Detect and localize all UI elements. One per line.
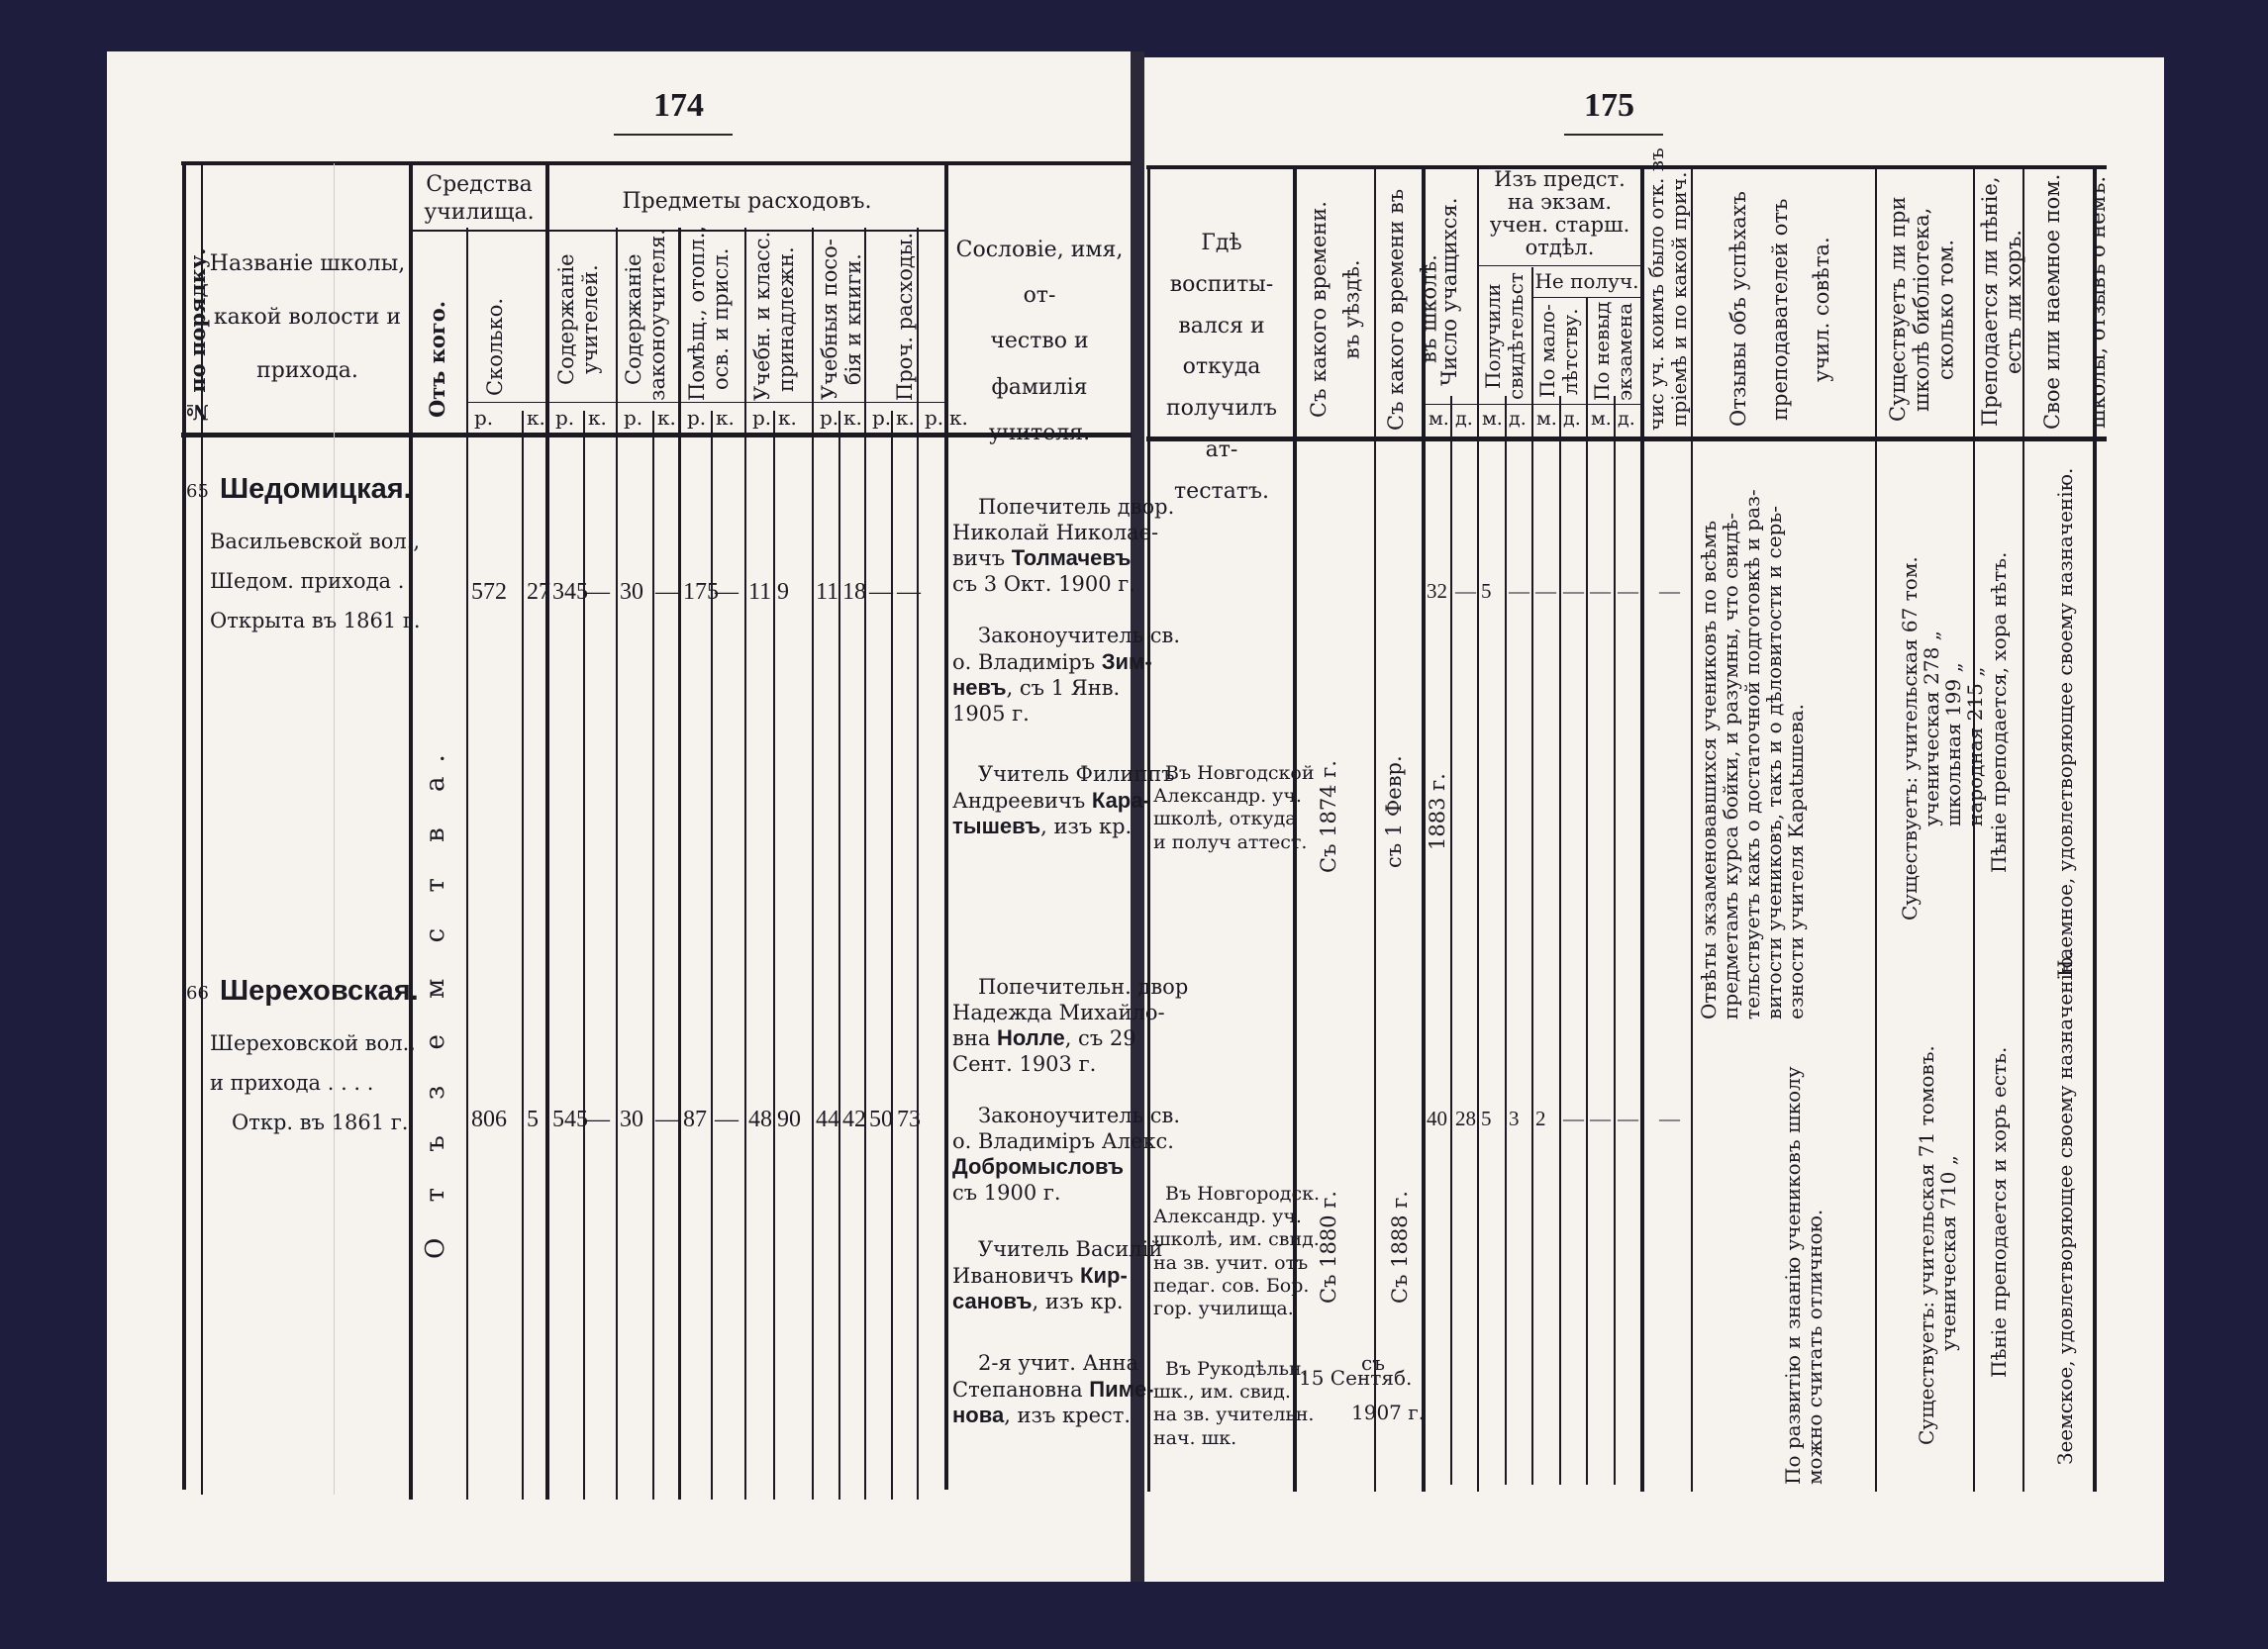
staff-line: Попечитель двор.	[952, 495, 1174, 521]
students-fail_d: —	[1618, 1107, 1638, 1131]
male-label: м.	[1591, 408, 1612, 431]
singing-info: Пѣніе преподается и хоръ есть.	[1988, 980, 2011, 1445]
staff-entry: Попечитель двор.Николай Николае-вичъ Тол…	[952, 495, 1174, 598]
review-line: езности учителя Карatышева.	[1785, 465, 1807, 1019]
education-line: нач. шк.	[1153, 1427, 1314, 1450]
school-detail-line: Открыта въ 1861 г.	[210, 602, 421, 641]
page-number-underline-right	[1564, 134, 1663, 136]
expense-aids-rub: 44	[816, 1107, 839, 1133]
female-label: д.	[1455, 408, 1473, 431]
header-library: Существуетъ ли пришколѣ библіотека,сколь…	[1886, 188, 1957, 431]
teacher-review: Отвѣты экзаменовавшихся учениковъ по всѣ…	[1698, 465, 1807, 1019]
education-line: Въ Новгородск.	[1153, 1183, 1320, 1206]
premises-info: Зеемское, удовлетворяющее своему назначе…	[2054, 921, 2077, 1495]
education-line: Въ Новгодской	[1153, 762, 1315, 785]
school-name: Шереховская.	[220, 975, 419, 1008]
review-line: витости учениковъ, такъ и о дѣловитости …	[1763, 465, 1785, 1019]
education-entry: Въ НовгодскойАлександр. уч.школѣ, откуда…	[1153, 762, 1315, 854]
students-cert_d: —	[1509, 579, 1529, 604]
education-line: Александр. уч.	[1153, 785, 1315, 808]
expense-aids-kop: 42	[842, 1107, 866, 1133]
kop-label: к.	[588, 406, 607, 430]
since-school: Съ 1888 г.	[1388, 1183, 1412, 1311]
review-line: тельствуетъ какъ о достаточной подготовк…	[1741, 465, 1763, 1019]
header-exam-group: Изъ предст.на экзам.учен. старш.отдѣл.	[1479, 168, 1640, 259]
expense-textbooks-kop: 90	[777, 1107, 801, 1133]
education-entry: Въ Новгородск.Александр. уч.школѣ, им. с…	[1153, 1183, 1320, 1320]
header-not-received: Не получ.	[1533, 269, 1640, 294]
since-district-2: 15 Сентяб.	[1299, 1366, 1412, 1390]
funds-kop: 27	[527, 579, 550, 606]
header-exp-premises: Помѣщ., отопл.,осв. и присл.	[685, 238, 733, 401]
staff-line: Законоучитель св.	[952, 624, 1180, 649]
expense-textbooks-rub: 11	[748, 579, 771, 606]
library-line: Существуетъ: учительская 71 томовъ.	[1916, 980, 1937, 1445]
kop-label: к.	[657, 406, 676, 430]
page-number-underline-left	[614, 134, 733, 136]
header-exp-aids: Учебныя посо-бія и книги.	[818, 238, 865, 401]
header-funds: Средстваучилища.	[413, 171, 545, 226]
header-expenses: Предметы расходовъ.	[549, 188, 944, 216]
students-age_d: —	[1563, 579, 1584, 604]
header-exp-other: Проч. расходы.	[893, 238, 917, 401]
header-singing: Преподается ли пѣніе,есть ли хоръ.	[1978, 173, 2025, 431]
education-line: шк., им. свид.	[1153, 1381, 1314, 1404]
rub-label: р.	[474, 406, 493, 430]
since-district: Съ 1880 г.	[1317, 1183, 1340, 1311]
students-cert_d: 3	[1509, 1107, 1520, 1131]
header-teacher-info: Сословіе, имя, от-чество и фамиліяучител…	[948, 228, 1131, 456]
expense-premises-kop: —	[715, 1107, 739, 1133]
staff-line: о. Владиміръ Зим-	[952, 649, 1180, 676]
refused-count: —	[1659, 579, 1680, 604]
school-name: Шедомицкая.	[220, 473, 412, 506]
library-line: школьная 199 „	[1942, 465, 1964, 921]
teacher-review: По развитію и знанію учениковъ школуможн…	[1782, 970, 1825, 1485]
education-line: школѣ, откуда	[1153, 808, 1315, 830]
education-line: гор. училища.	[1153, 1298, 1320, 1320]
header-exp-law-teacher: Содержаніезаконоучителя.	[622, 238, 669, 401]
expense-other-rub: —	[869, 579, 893, 606]
school-details: Шереховской вол.,и прихода . . . .Откр. …	[210, 1024, 416, 1143]
row-number: 66	[186, 983, 209, 1004]
education-line: на зв. учительн.	[1153, 1404, 1314, 1426]
staff-line: вичъ Толмачевъ	[952, 545, 1174, 572]
school-detail-line: Васильевской вол.,	[210, 523, 421, 562]
funds-rub: 572	[471, 579, 507, 606]
library-info: Существуетъ: учительская 71 томовъ.учени…	[1916, 980, 1959, 1445]
male-label: м.	[1429, 408, 1449, 431]
kop-label: к.	[716, 406, 735, 430]
expense-textbooks-kop: 9	[777, 579, 789, 606]
staff-entry: Учитель ФилиппъАндреевичъ Кара-тышевъ, и…	[952, 762, 1175, 840]
expense-law_teacher-kop: —	[655, 579, 679, 606]
rub-label: р.	[687, 406, 706, 430]
students-cert_m: 5	[1481, 579, 1492, 604]
rub-label: р.	[555, 406, 574, 430]
singing-info: Пѣніе преподается, хора нѣтъ.	[1988, 475, 2011, 950]
header-exp-textbooks: Учебн. и класс.принадлежн.	[750, 238, 798, 401]
students-fail_m: —	[1590, 579, 1611, 604]
rub-label: р.	[624, 406, 642, 430]
students-d: 28	[1455, 1107, 1476, 1131]
rub-label: р.	[925, 406, 943, 430]
staff-line: Попечительн. двор	[952, 975, 1188, 1001]
header-school-name: Названіе школы,какой волости иприхода.	[206, 238, 409, 398]
kop-label: к.	[527, 406, 545, 430]
staff-line: вна Нолле, съ 29	[952, 1025, 1188, 1052]
staff-line: съ 1900 г.	[952, 1181, 1180, 1207]
library-info: Существуетъ: учительская 67 том.ученичес…	[1899, 465, 1986, 921]
education-line: Александр. уч.	[1153, 1206, 1320, 1228]
header-education: Гдѣ воспиты-вался и откудаполучилъ ат-те…	[1150, 223, 1293, 513]
staff-line: невъ, съ 1 Янв.	[952, 675, 1180, 702]
staff-line: нова, изъ крест.	[952, 1403, 1153, 1429]
students-age_m: 2	[1535, 1107, 1546, 1131]
school-detail-line: Шереховской вол.,	[210, 1024, 416, 1064]
header-since-district: Съ какого времени.въ уѣздѣ.	[1303, 188, 1369, 431]
female-label: д.	[1563, 408, 1581, 431]
staff-line: Андреевичъ Кара-	[952, 788, 1175, 815]
school-details: Васильевской вол.,Шедом. прихода .Открыт…	[210, 523, 421, 641]
expense-other-kop: —	[897, 579, 921, 606]
expense-law_teacher-rub: 30	[620, 1107, 643, 1133]
expense-aids-rub: 11	[816, 579, 838, 606]
premises-info: Наемное, удовлетворяющее своему назначен…	[2054, 465, 2077, 980]
header-refused: чис уч. коимъ было отк. въпріемѣ и по ка…	[1645, 168, 1691, 431]
staff-entry: Законоучитель св.о. Владиміръ Зим-невъ, …	[952, 624, 1180, 727]
education-line: Въ Рукодѣльн.	[1153, 1358, 1314, 1381]
review-line: предметамъ курса бойки, и разумны, что с…	[1720, 465, 1741, 1019]
since-district: Съ 1874 г.	[1317, 752, 1340, 881]
library-line: народная 215 „	[1964, 465, 1986, 921]
funds-rub: 806	[471, 1107, 507, 1133]
header-students-count: Число учащихся.	[1437, 188, 1461, 396]
rub-label: р.	[872, 406, 891, 430]
since-school: съ 1 Февр.1883 г.	[1382, 732, 1449, 891]
header-by-fail: По невыдэкзамена	[1591, 302, 1636, 401]
expense-teachers-kop: —	[586, 1107, 610, 1133]
male-label: м.	[1536, 408, 1557, 431]
staff-line: 1905 г.	[952, 702, 1180, 727]
kop-label: к.	[778, 406, 797, 430]
library-line: ученическая 710 „	[1937, 980, 1959, 1445]
students-age_m: —	[1535, 579, 1556, 604]
school-detail-line: Откр. въ 1861 г.	[210, 1104, 416, 1143]
rub-label: р.	[752, 406, 771, 430]
since-school-3: 1907 г.	[1351, 1401, 1425, 1424]
header-by-age: По мало-лѣтству.	[1536, 302, 1582, 401]
funds-source-zemstvo: О т ъ з е м с т в а.	[422, 534, 451, 1465]
expense-premises-rub: 175	[683, 579, 719, 606]
header-funds-amount: Сколько.	[483, 297, 507, 396]
staff-line: Законоучитель св.	[952, 1104, 1180, 1129]
review-line: По развитію и знанію учениковъ школу	[1782, 970, 1804, 1485]
school-detail-line: Шедом. прихода .	[210, 562, 421, 602]
education-line: на зв. учит. отъ	[1153, 1252, 1320, 1275]
staff-line: сановъ, изъ кр.	[952, 1289, 1162, 1315]
staff-line: Николай Николае-	[952, 521, 1174, 546]
male-label: м.	[1482, 408, 1503, 431]
staff-line: Учитель Василій	[952, 1237, 1162, 1263]
expense-other-rub: 50	[869, 1107, 893, 1133]
staff-entry: Учитель ВасилійИвановичъ Кир-сановъ, изъ…	[952, 1237, 1162, 1315]
funds-kop: 5	[527, 1107, 539, 1133]
header-reviews: Отзывы объ успѣхахъпреподавателей отъучи…	[1718, 188, 1842, 431]
staff-line: Надежда Михайло-	[952, 1001, 1188, 1026]
expense-teachers-rub: 545	[552, 1107, 588, 1133]
review-line: можно считать отличною.	[1804, 970, 1825, 1485]
staff-line: тышевъ, изъ кр.	[952, 814, 1175, 840]
row-number: 65	[186, 481, 209, 502]
staff-line: Учитель Филиппъ	[952, 762, 1175, 788]
students-m: 32	[1427, 579, 1447, 604]
staff-entry: 2-я учит. АннаСтепановна Пиме-нова, изъ …	[952, 1351, 1153, 1429]
education-entry: Въ Рукодѣльн.шк., им. свид.на зв. учител…	[1153, 1358, 1314, 1450]
since-school-line: съ 1 Февр.	[1382, 732, 1406, 891]
since-school-2: съ	[1361, 1351, 1385, 1375]
staff-line: Добромысловъ	[952, 1154, 1180, 1181]
staff-line: Сент. 1903 г.	[952, 1052, 1188, 1078]
students-fail_m: —	[1590, 1107, 1611, 1131]
expense-teachers-kop: —	[586, 579, 610, 606]
staff-line: 2-я учит. Анна	[952, 1351, 1153, 1377]
students-d: —	[1455, 579, 1476, 604]
female-label: д.	[1509, 408, 1527, 431]
expense-teachers-rub: 345	[552, 579, 588, 606]
kop-label: к.	[896, 406, 915, 430]
library-line: Существуетъ: учительская 67 том.	[1899, 465, 1921, 921]
education-line: педаг. сов. Бор.	[1153, 1275, 1320, 1298]
library-line: ученическая 278 „	[1921, 465, 1942, 921]
expense-other-kop: 73	[897, 1107, 921, 1133]
refused-count: —	[1659, 1107, 1680, 1131]
staff-line: съ 3 Окт. 1900 г.	[952, 572, 1174, 598]
page-number-left: 174	[653, 87, 704, 125]
staff-line: Степановна Пиме-	[952, 1377, 1153, 1404]
female-label: д.	[1618, 408, 1635, 431]
students-fail_d: —	[1618, 579, 1638, 604]
header-received-cert: Получилисвидѣтельст	[1482, 272, 1528, 401]
since-school-line: 1883 г.	[1406, 732, 1449, 891]
header-funds-from: Отъ кого.	[426, 297, 449, 421]
staff-entry: Попечительн. дворНадежда Михайло-вна Нол…	[952, 975, 1188, 1078]
rub-label: р.	[820, 406, 838, 430]
students-m: 40	[1427, 1107, 1447, 1131]
expense-premises-kop: —	[715, 579, 739, 606]
staff-entry: Законоучитель св.о. Владиміръ Алекс.Добр…	[952, 1104, 1180, 1207]
header-premises: Свое или наемное пом.школы, отзывъ о нем…	[2029, 173, 2120, 431]
staff-line: Ивановичъ Кир-	[952, 1263, 1162, 1290]
kop-label: к.	[843, 406, 862, 430]
education-line: школѣ, им. свид.	[1153, 1228, 1320, 1251]
page-number-right: 175	[1584, 87, 1634, 125]
expense-law_teacher-kop: —	[655, 1107, 679, 1133]
school-detail-line: и прихода . . . .	[210, 1064, 416, 1104]
education-line: и получ аттест.	[1153, 831, 1315, 854]
staff-line: о. Владиміръ Алекс.	[952, 1129, 1180, 1155]
expense-law_teacher-rub: 30	[620, 579, 643, 606]
students-cert_m: 5	[1481, 1107, 1492, 1131]
expense-aids-kop: 18	[842, 579, 866, 606]
expense-premises-rub: 87	[683, 1107, 707, 1133]
expense-textbooks-rub: 48	[748, 1107, 772, 1133]
review-line: Отвѣты экзаменовавшихся учениковъ по всѣ…	[1698, 465, 1720, 1019]
students-age_d: —	[1563, 1107, 1584, 1131]
header-exp-teachers: Содержаніеучителей.	[554, 238, 602, 401]
